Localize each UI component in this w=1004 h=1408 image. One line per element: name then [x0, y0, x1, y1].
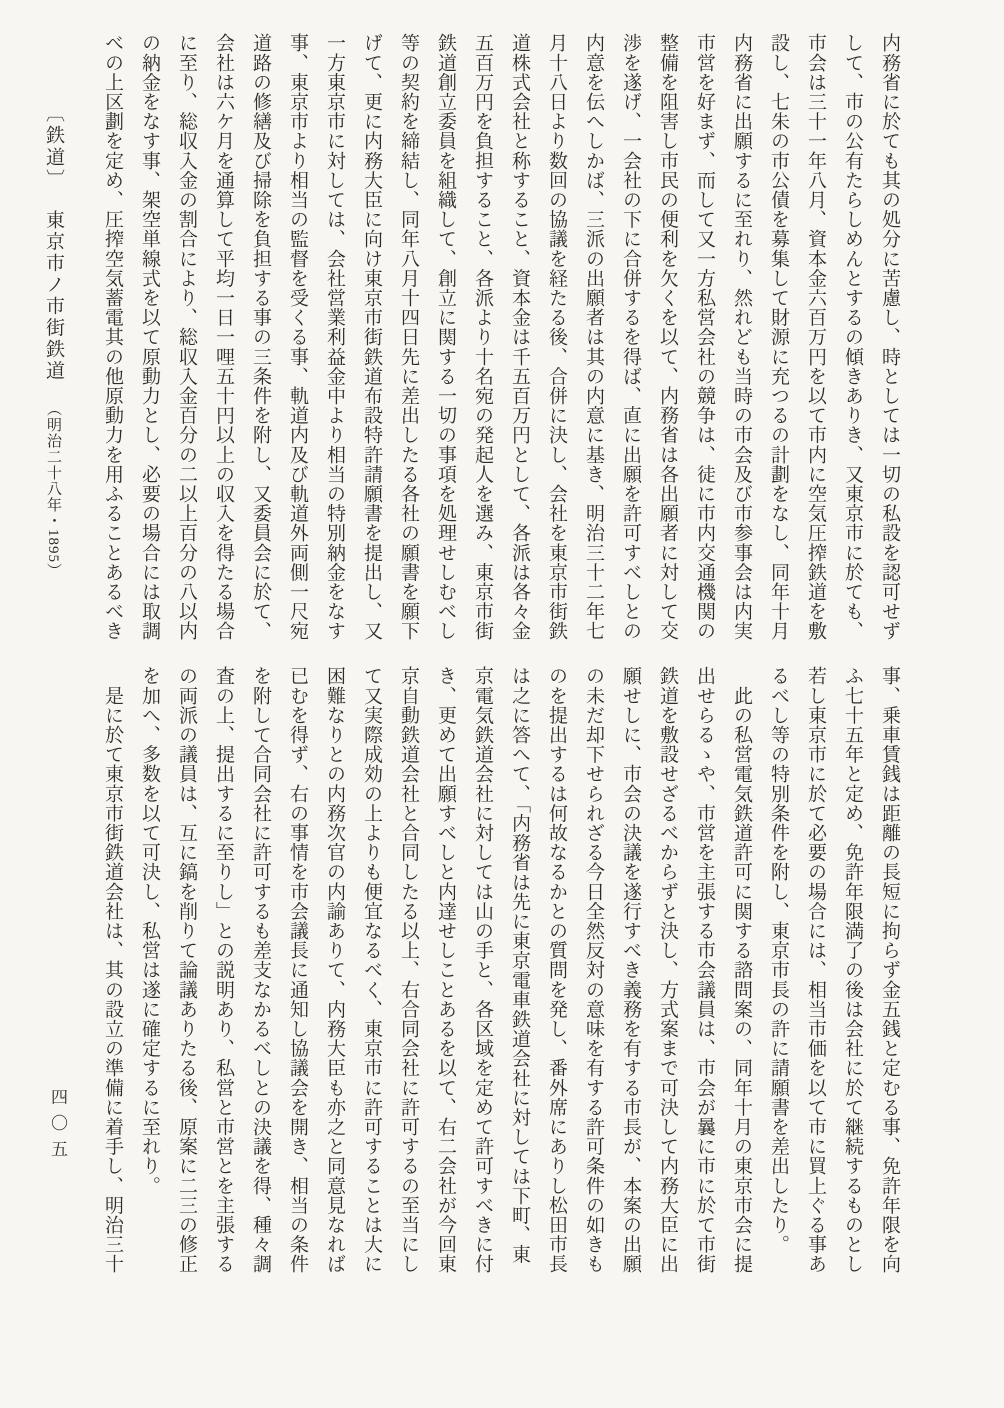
text-column: 鉄道を敷設せざるべからずと決し、方式案まで可決して内務大臣に出 — [649, 666, 686, 1282]
upper-text-block: 内務省に於ても其の処分に苦慮し、時としては一切の私設を認可せず して、市の公有た… — [94, 33, 908, 649]
text-column: 鉄道創立委員を組織して、創立に関する一切の事項を処理せしむべし — [427, 33, 464, 649]
text-column: に至り、総収入金の割合により、総収入金百分の二以上百分の八以内 — [168, 33, 205, 649]
text-column: て又実際成効の上よりも便宜なるべく、東京市に許可することは大に — [353, 666, 390, 1282]
text-column: 内務省に出願するに至れり、然れども当時の市会及び市参事会は内実 — [723, 33, 760, 649]
text-column: 市会は三十一年八月、資本金六百万円を以て市内に空気圧搾鉄道を敷 — [797, 33, 834, 649]
text-column: 道路の修繕及び掃除を負担する事の三条件を附し、又委員会に於て、 — [242, 33, 279, 649]
text-column: 内意を伝へしかば、三派の出願者は其の内意に基き、明治三十二年七 — [575, 33, 612, 649]
text-column: 設し、七朱の市公債を募集して財源に充つるの計劃をなし、同年十月 — [760, 33, 797, 649]
text-column: げて、更に内務大臣に向け東京市街鉄道布設特許請願書を提出し、又 — [353, 33, 390, 649]
text-column: 此の私営電気鉄道許可に関する諮問案の、同年十月の東京市会に提 — [723, 666, 760, 1282]
text-column: るべし等の特別条件を附し、東京市長の許に請願書を差出したり。 — [760, 666, 797, 1282]
text-column: 査の上、提出するに至りし」との説明あり、私営と市営とを主張する — [205, 666, 242, 1282]
text-column: 困難なりとの内務次官の内諭ありて、内務大臣も亦之と同意見なれば — [316, 666, 353, 1282]
text-column: 願せしに、市会の決議を遂行すべき義務を有する市長が、本案の出願 — [612, 666, 649, 1282]
text-column: の納金をなす事、架空単線式を以て原動力とし、必要の場合には取調 — [131, 33, 168, 649]
text-column: 道株式会社と称すること、資本金は千五百万円として、各派は各々金 — [501, 33, 538, 649]
text-column: のを提出するは何故なるかとの質問を発し、番外席にありし松田市長 — [538, 666, 575, 1282]
text-column: 等の契約を締結し、同年八月十四日先に差出したる各社の願書を願下 — [390, 33, 427, 649]
text-column: 渉を遂げ、一会社の下に合併するを得ば、直に出願を許可すべしとの — [612, 33, 649, 649]
text-column: 出せらるゝや、市営を主張する市会議員は、市会が曩に市に於て市街 — [686, 666, 723, 1282]
text-column: を附して合同会社に許可するも差支なかるべしとの決議を得、種々調 — [242, 666, 279, 1282]
text-column: 内務省に於ても其の処分に苦慮し、時としては一切の私設を認可せず — [871, 33, 908, 649]
text-column: は之に答へて、「内務省は先に東京電車鉄道会社に対しては下町、東 — [501, 666, 538, 1282]
scanned-page: 内務省に於ても其の処分に苦慮し、時としては一切の私設を認可せず して、市の公有た… — [0, 0, 1004, 1408]
lower-text-block: 事、乗車賃銭は距離の長短に拘らず金五銭と定むる事、免許年限を向 ふ七十五年と定め… — [94, 666, 908, 1282]
text-column: して、市の公有たらしめんとするの傾きありき、又東京市に於ても、 — [834, 33, 871, 649]
text-column: べの上区劃を定め、圧搾空気蓄電其の他原動力を用ふることあるべき — [94, 33, 131, 649]
text-column: ふ七十五年と定め、免許年限満了の後は会社に於て継続するものとし — [834, 666, 871, 1282]
text-column: 若し東京市に於て必要の場合には、相当市価を以て市に買上ぐる事あ — [797, 666, 834, 1282]
text-column: 京自動鉄道会社と合同したる以上、右合同会社に許可するの至当にし — [390, 666, 427, 1282]
text-column: を加へ、多数を以て可決し、私営は遂に確定するに至れり。 — [131, 666, 168, 1282]
section-label: 〔鉄道〕 — [40, 103, 67, 191]
document-title: 東京市ノ市街鉄道 — [40, 210, 67, 382]
text-column: 会社は六ケ月を通算して平均一日一哩五十円以上の収入を得たる場合 — [205, 33, 242, 649]
text-column: 月十八日より数回の協議を経たる後、合併に決し、会社を東京市街鉄 — [538, 33, 575, 649]
text-column: 事、東京市より相当の監督を受くる事、軌道内及び軌道外両側一尺宛 — [279, 33, 316, 649]
text-column: 已むを得ず、右の事情を市会議長に通知し協議会を開き、相当の条件 — [279, 666, 316, 1282]
text-column: 一方東京市に対しては、会社営業利益金中より相当の特別納金をなす — [316, 33, 353, 649]
text-column: 事、乗車賃銭は距離の長短に拘らず金五銭と定むる事、免許年限を向 — [871, 666, 908, 1282]
era-label: （明治二十八年・1895） — [43, 401, 64, 579]
text-column: き、更めて出願すべしと内達せしことあるを以て、右二会社が今回東 — [427, 666, 464, 1282]
text-column: の未だ却下せられざる今日全然反対の意味を有する許可条件の如きも — [575, 666, 612, 1282]
text-column: 五百万円を負担すること、各派より十名宛の発起人を選み、東京市街 — [464, 33, 501, 649]
text-column: 整備を阻害し市民の便利を欠くを以て、内務省は各出願者に対して交 — [649, 33, 686, 649]
text-column: 市営を好まず、而して又一方私営会社の競争は、徒に市内交通機関の — [686, 33, 723, 649]
running-header: 〔鉄道〕 東京市ノ市街鉄道 （明治二十八年・1895） — [40, 103, 67, 579]
text-column: の両派の議員は、互に鎬を削りて論議ありたる後、原案に二三の修正 — [168, 666, 205, 1282]
text-column: 是に於て東京市街鉄道会社は、其の設立の準備に着手し、明治三十 — [94, 666, 131, 1282]
text-column: 京電気鉄道会社に対しては山の手と、各区域を定めて許可すべきに付 — [464, 666, 501, 1282]
page-number: 四〇五 — [45, 1088, 70, 1166]
